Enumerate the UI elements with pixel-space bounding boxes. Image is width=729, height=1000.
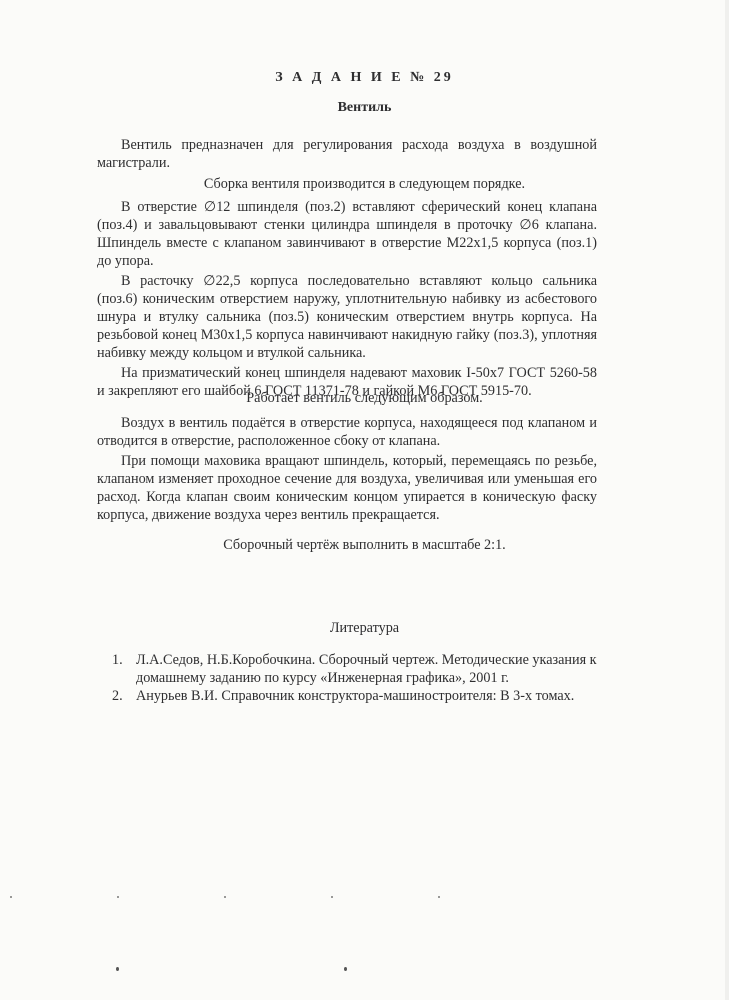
assignment-subtitle: Вентиль <box>0 100 729 116</box>
scan-artifact <box>116 967 119 971</box>
scan-artifact <box>438 896 440 898</box>
scale-note: Сборочный чертёж выполнить в масштабе 2:… <box>0 537 729 554</box>
scan-artifact <box>331 896 333 898</box>
assignment-title: З А Д А Н И Е № 29 <box>0 70 729 86</box>
operation-paragraph-2: При помощи маховика вращают шпиндель, ко… <box>97 452 597 524</box>
assembly-paragraph-2: В расточку ∅22,5 корпуса последовательно… <box>97 272 597 362</box>
scan-artifact <box>117 896 119 898</box>
assembly-block: В отверстие ∅12 шпинделя (поз.2) вставля… <box>97 198 597 400</box>
literature-item: 2. Анурьев В.И. Справочник конструктора-… <box>112 687 612 705</box>
literature-item-number: 2. <box>112 687 123 705</box>
operation-block: Воздух в вентиль подаётся в отверстие ко… <box>97 414 597 524</box>
literature-item-number: 1. <box>112 651 123 669</box>
assembly-paragraph-1: В отверстие ∅12 шпинделя (поз.2) вставля… <box>97 198 597 270</box>
literature-item-text: Л.А.Седов, Н.Б.Коробочкина. Сборочный че… <box>136 652 597 686</box>
assembly-heading: Сборка вентиля производится в следующем … <box>0 176 729 193</box>
literature-item: 1. Л.А.Седов, Н.Б.Коробочкина. Сборочный… <box>112 651 612 687</box>
literature-item-text: Анурьев В.И. Справочник конструктора-маш… <box>136 688 574 704</box>
intro-paragraph: Вентиль предназначен для регулирования р… <box>97 136 597 172</box>
operation-paragraph-1: Воздух в вентиль подаётся в отверстие ко… <box>97 414 597 450</box>
scanned-page: З А Д А Н И Е № 29 Вентиль Вентиль предн… <box>0 0 729 1000</box>
scan-artifact <box>10 896 12 898</box>
intro-block: Вентиль предназначен для регулирования р… <box>97 136 597 172</box>
scan-edge <box>725 0 729 1000</box>
literature-list: 1. Л.А.Седов, Н.Б.Коробочкина. Сборочный… <box>112 651 612 705</box>
operation-heading: Работает вентиль следующим образом. <box>0 390 729 407</box>
scan-artifact <box>224 896 226 898</box>
scan-artifact <box>344 967 347 971</box>
literature-heading: Литература <box>0 620 729 637</box>
